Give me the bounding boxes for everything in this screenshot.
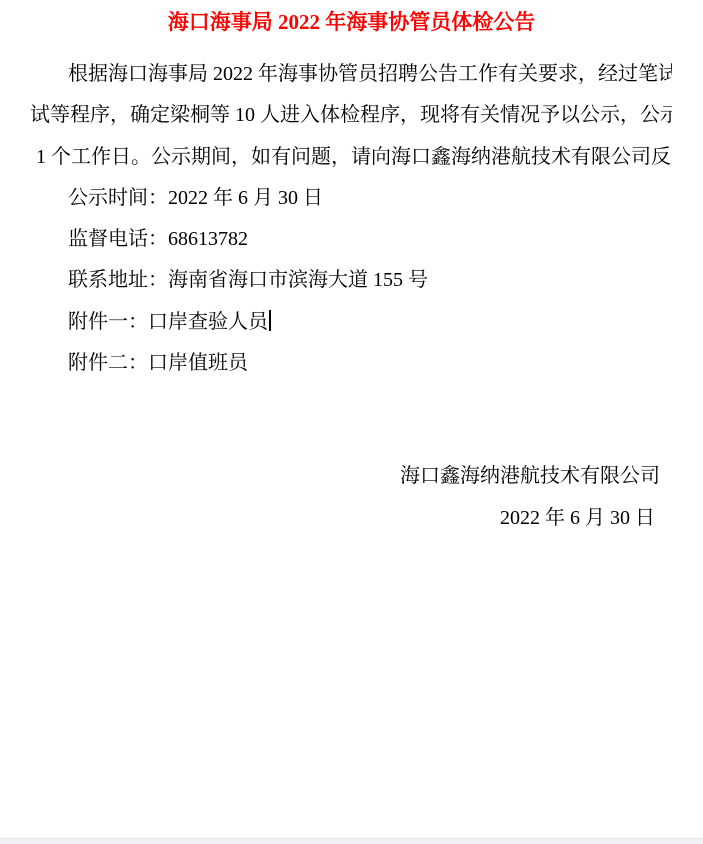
- info-value: 海南省海口市滨海大道 155 号: [168, 269, 428, 291]
- attachment-line-2: 附件二：口岸值班员: [30, 343, 672, 384]
- text-cursor: [269, 310, 271, 331]
- attachment-line-1: 附件一：口岸查验人员: [30, 302, 672, 343]
- info-label: 联系地址：: [68, 269, 168, 291]
- attachment-label: 附件二：: [68, 352, 148, 374]
- document-page: 海口海事局 2022 年海事协管员体检公告 根据海口海事局 2022 年海事协管…: [0, 0, 703, 844]
- info-line-publicity-time: 公示时间：2022 年 6 月 30 日: [30, 178, 672, 219]
- signature-block: 海口鑫海纳港航技术有限公司 2022 年 6 月 30 日: [30, 456, 672, 539]
- page-title: 海口海事局 2022 年海事协管员体检公告: [0, 10, 703, 34]
- info-value: 68613782: [168, 228, 248, 250]
- signature-date: 2022 年 6 月 30 日: [30, 498, 672, 539]
- info-value: 2022 年 6 月 30 日: [168, 187, 323, 209]
- info-label: 监督电话：: [68, 228, 168, 250]
- paragraph-line: 1 个工作日。公示期间，如有问题，请向海口鑫海纳港航技术有限公司反映。: [30, 137, 672, 178]
- paragraph-line: 试等程序，确定梁桐等 10 人进入体检程序，现将有关情况予以公示，公示期为: [30, 95, 672, 136]
- attachment-label: 附件一：: [68, 311, 148, 333]
- horizontal-scrollbar[interactable]: [0, 838, 703, 844]
- signature-company: 海口鑫海纳港航技术有限公司: [30, 456, 672, 497]
- info-label: 公示时间：: [68, 187, 168, 209]
- info-line-contact-address: 联系地址：海南省海口市滨海大道 155 号: [30, 260, 672, 301]
- document-body: 根据海口海事局 2022 年海事协管员招聘公告工作有关要求，经过笔试和面 试等程…: [0, 54, 703, 539]
- paragraph-line: 根据海口海事局 2022 年海事协管员招聘公告工作有关要求，经过笔试和面: [30, 54, 672, 95]
- info-line-supervision-phone: 监督电话：68613782: [30, 219, 672, 260]
- attachment-value: 口岸查验人员: [148, 311, 268, 333]
- attachment-value: 口岸值班员: [148, 352, 248, 374]
